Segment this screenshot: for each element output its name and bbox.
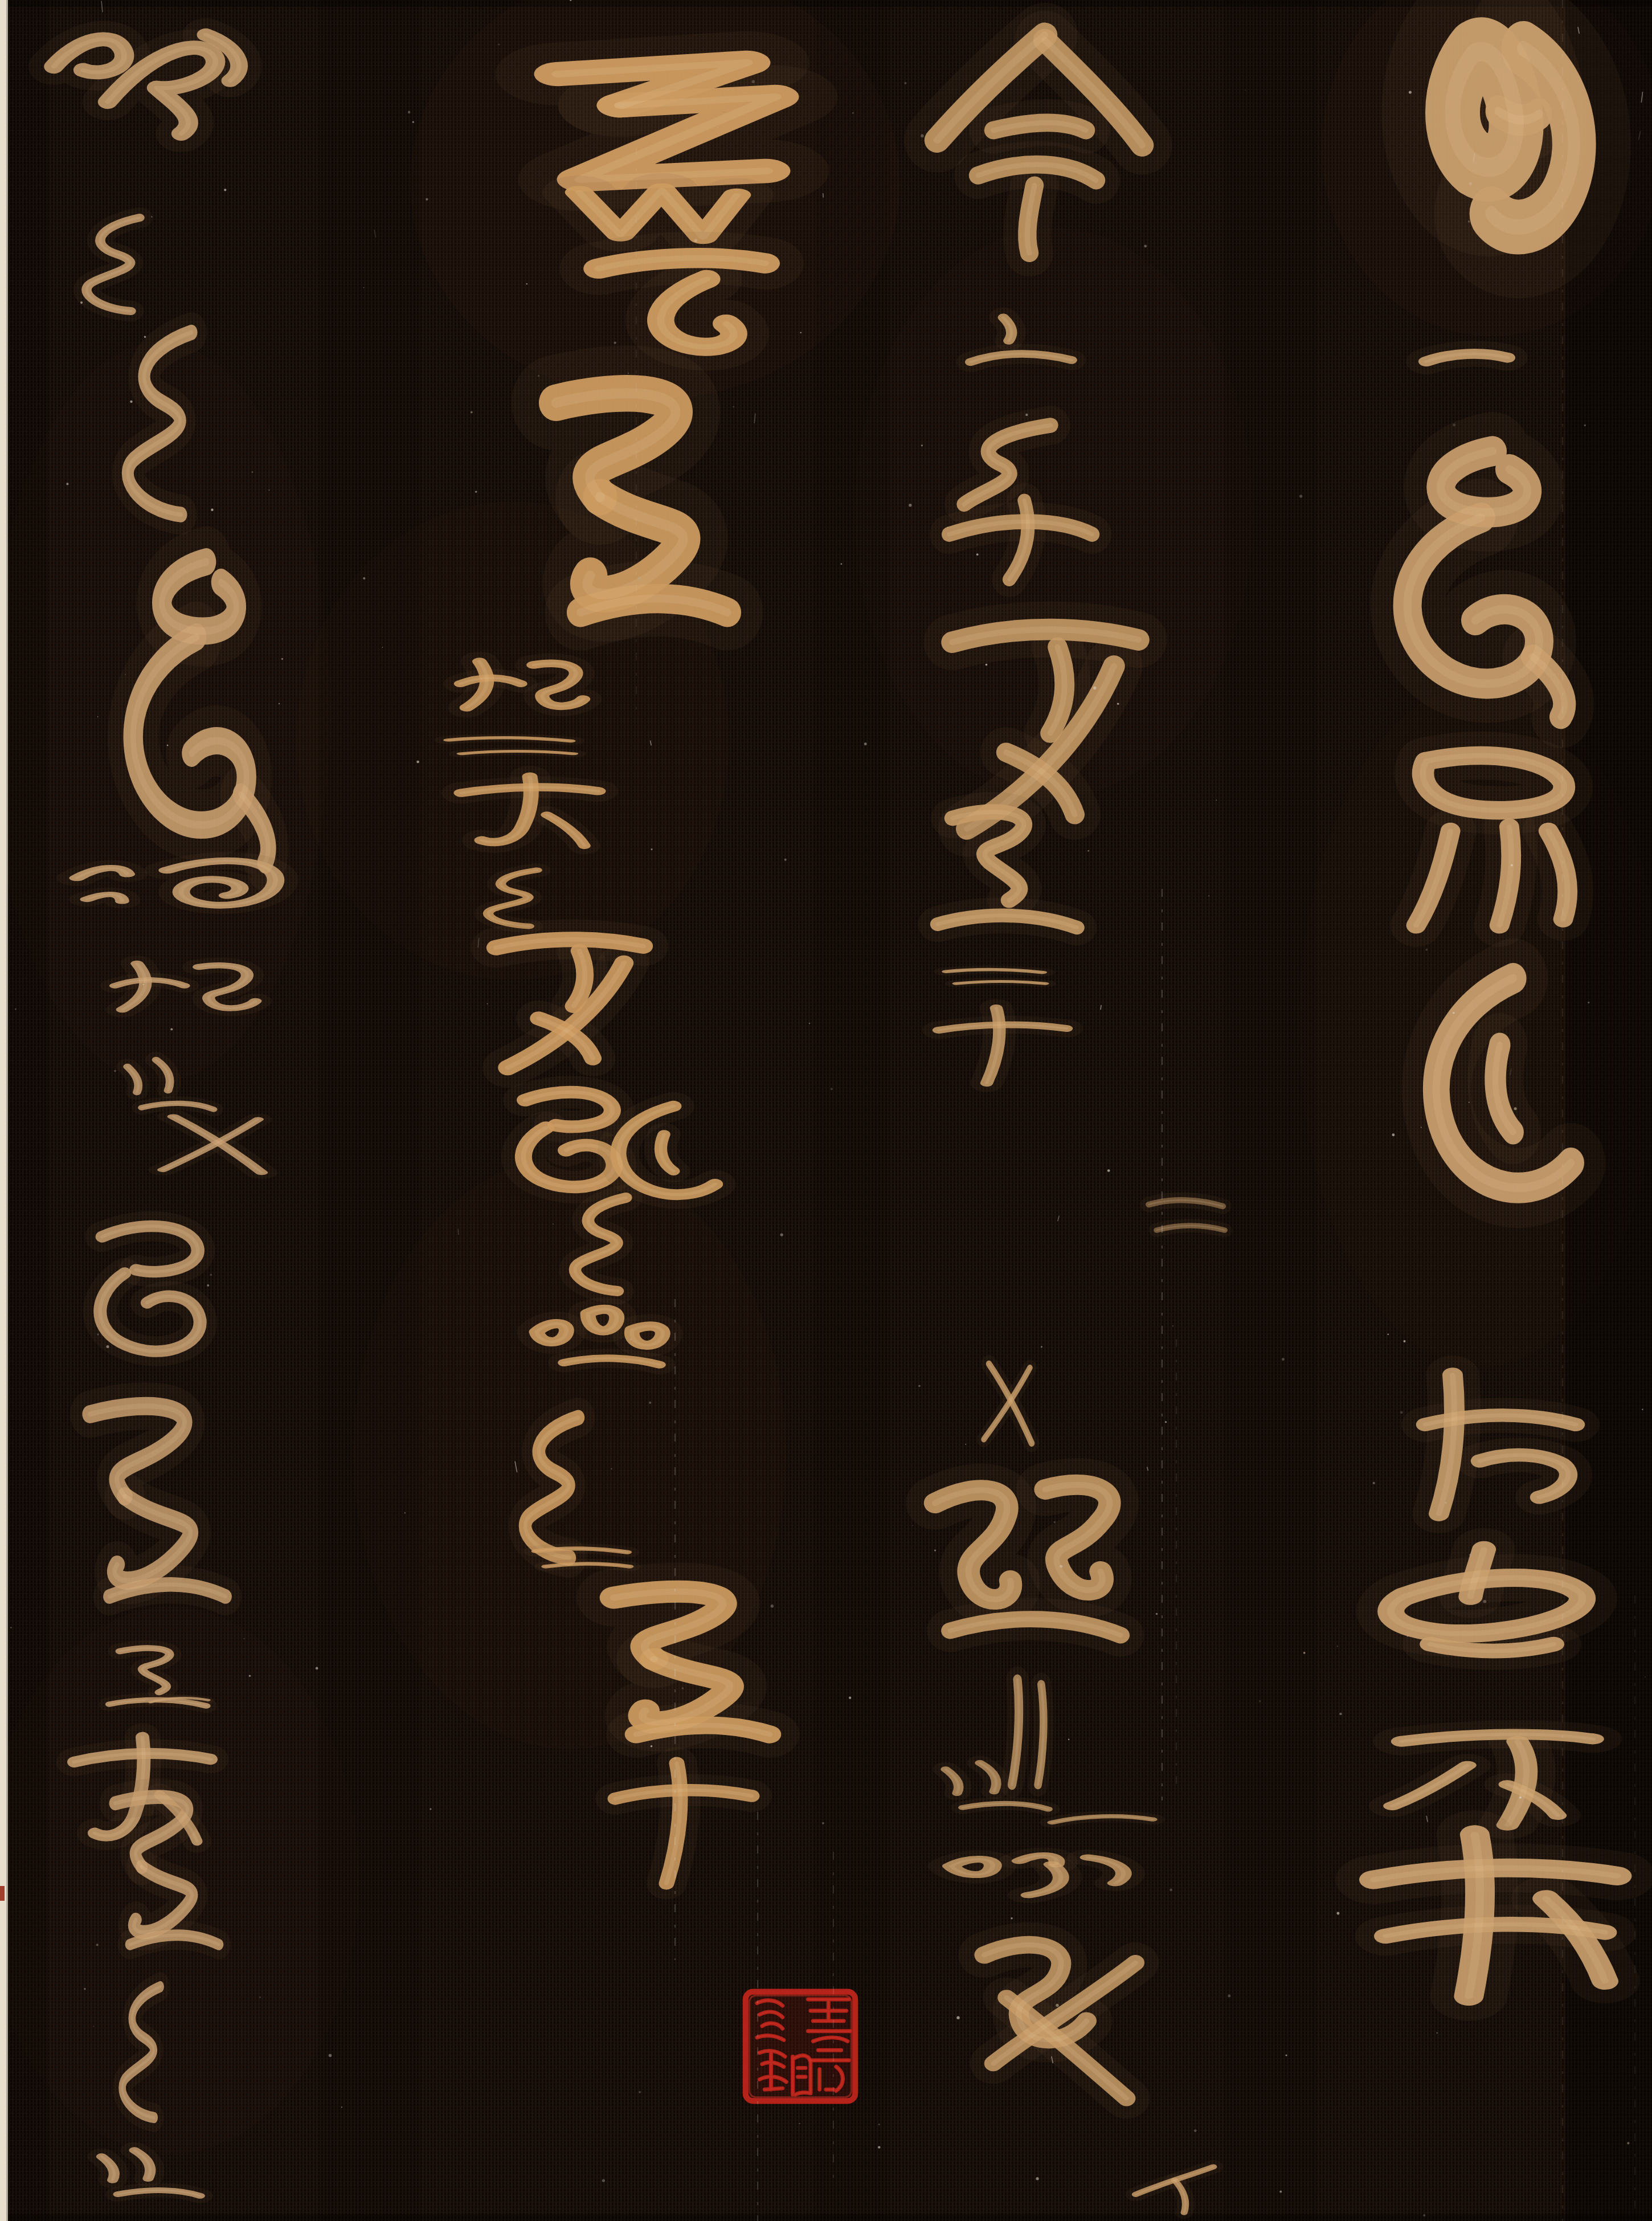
- cursive-character: [1408, 451, 1565, 717]
- cursive-character: [614, 1591, 770, 1734]
- cursive-character: [537, 1309, 663, 1365]
- calligraphy-scroll-image: [0, 0, 1652, 2221]
- seal-stamp: [744, 1990, 856, 2102]
- cursive-character: [1052, 1816, 1152, 1823]
- edge-fleck: [0, 1886, 5, 1901]
- cursive-character: [935, 1485, 1121, 1635]
- cursive-character: [558, 63, 775, 179]
- calligraphy-scroll-photo: Photograph of a Chinese cursive-script (…: [0, 0, 1652, 2221]
- cursive-character: [1426, 354, 1508, 361]
- scroll-left-edge: [0, 0, 8, 2221]
- cursive-character: [556, 393, 727, 612]
- cursive-character: [579, 190, 737, 238]
- cursive-character: [1453, 48, 1574, 227]
